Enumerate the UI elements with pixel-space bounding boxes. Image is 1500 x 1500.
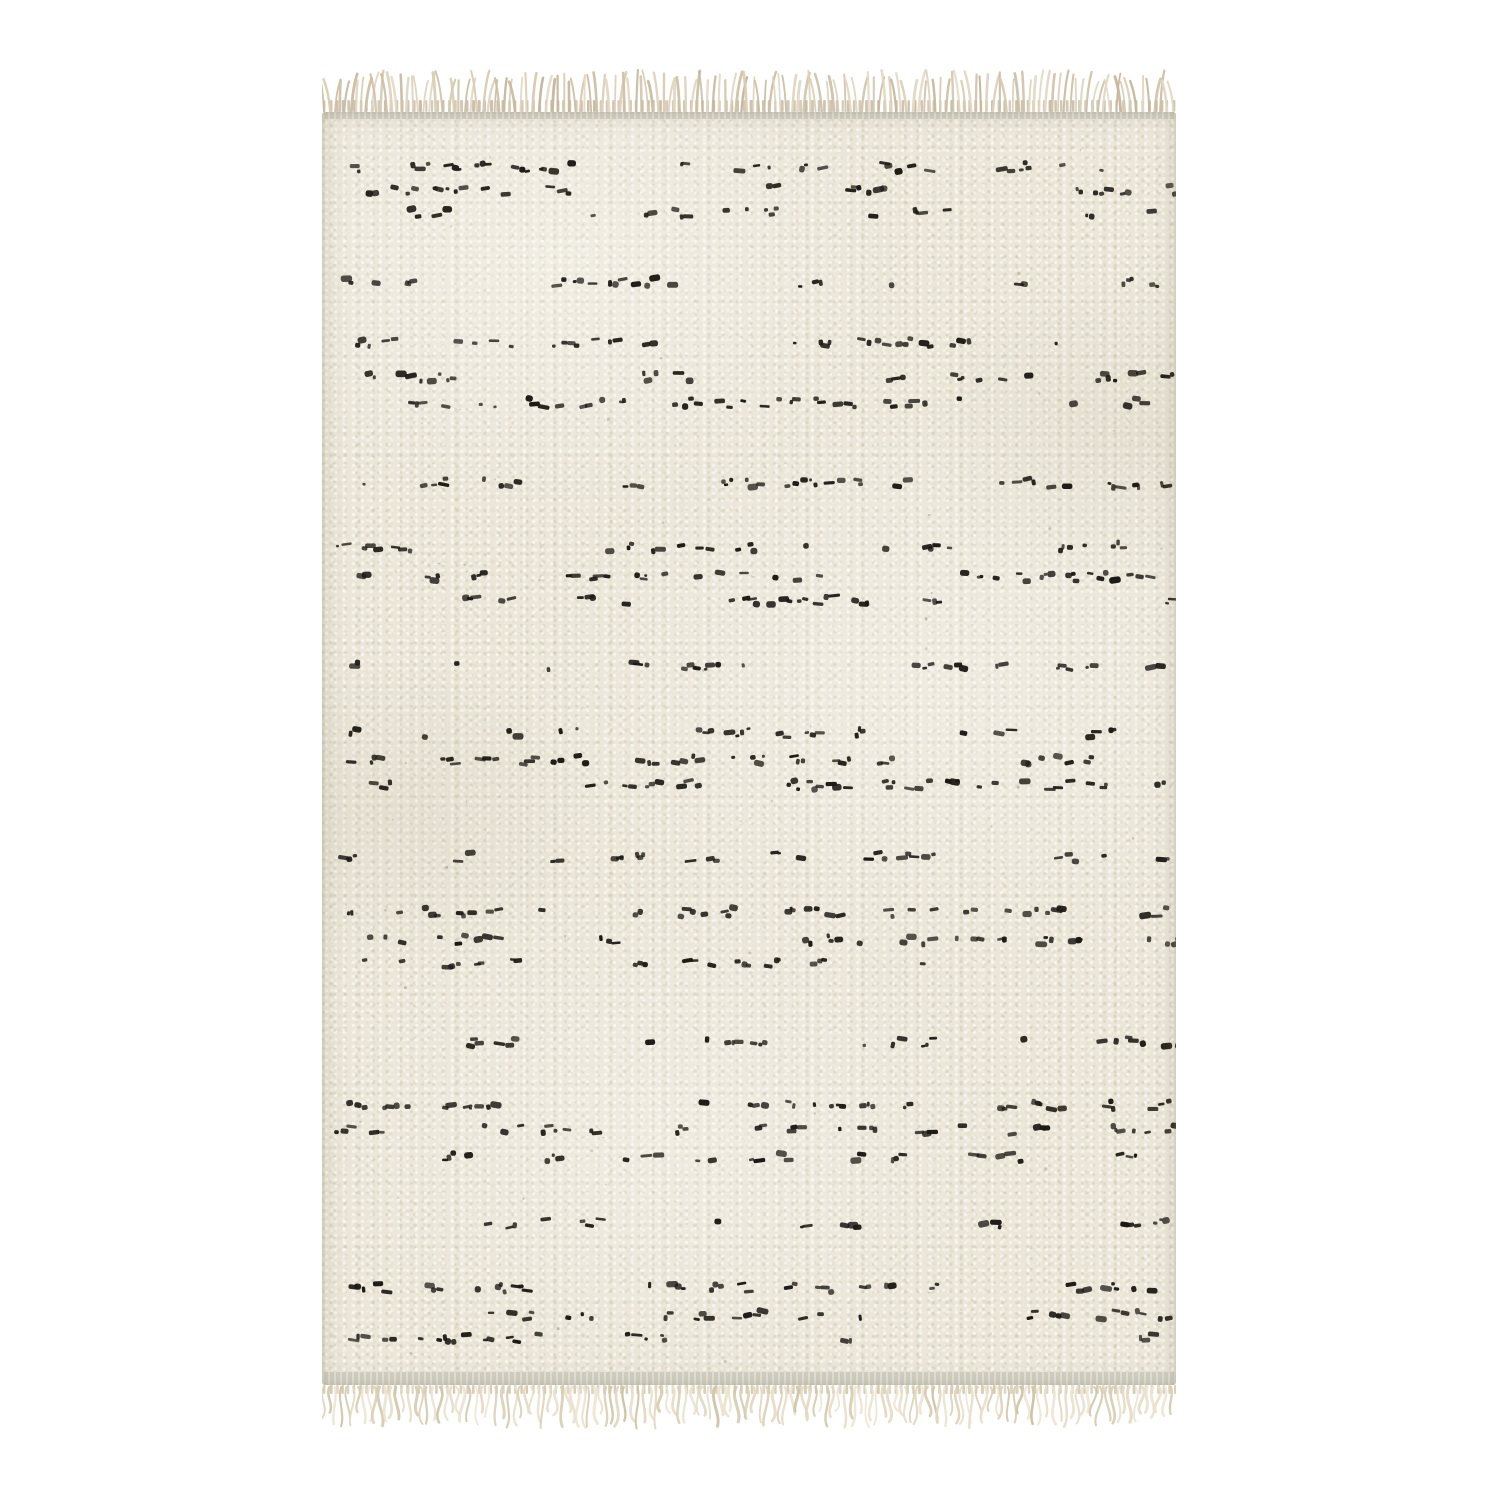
rug-body — [322, 112, 1176, 1385]
rug-image — [322, 68, 1176, 1431]
bottom-selvedge — [322, 1372, 1176, 1385]
top-fringe — [322, 68, 1176, 112]
product-photo — [0, 0, 1500, 1500]
speckle-stripe-pattern — [322, 112, 1176, 1385]
bottom-fringe — [322, 1385, 1176, 1431]
